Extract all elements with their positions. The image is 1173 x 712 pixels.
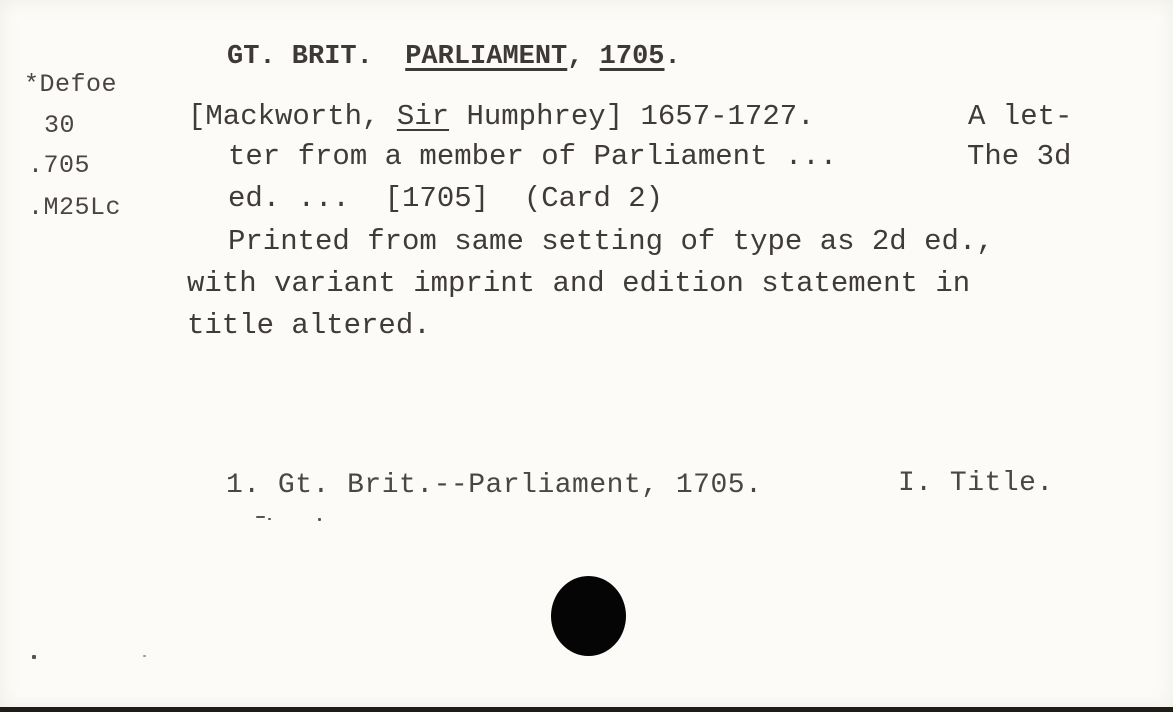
note-line-1: Printed from same setting of type as 2d … <box>228 225 994 258</box>
heading-parliament: PARLIAMENT <box>405 42 567 72</box>
heading-end: . <box>664 42 680 72</box>
note-line-3: title altered. <box>187 309 431 342</box>
entry-line-3: ed. ... [1705] (Card 2) <box>228 182 663 215</box>
card-bottom-edge <box>0 707 1173 712</box>
ink-speck <box>143 655 146 657</box>
author-name-dates: Humphrey] 1657-1727. <box>449 100 814 133</box>
entry-line-2: ter from a member of Parliament ... <box>228 140 837 173</box>
author-open: [Mackworth, <box>188 100 397 133</box>
subject-heading: GT. BRIT. PARLIAMENT, 1705. <box>227 42 681 72</box>
entry-line-1: [Mackworth, Sir Humphrey] 1657-1727. <box>188 100 815 133</box>
heading-year: 1705 <box>600 42 665 72</box>
heading-separator: , <box>567 42 583 72</box>
tracing-subject: 1. Gt. Brit.--Parliament, 1705. <box>226 470 762 501</box>
call-number-line-1: *Defoe <box>24 65 117 105</box>
card-punch-hole <box>551 576 626 656</box>
ink-speck <box>318 518 321 521</box>
call-number-line-4: .M25Lc <box>28 188 121 228</box>
ink-speck <box>268 518 271 520</box>
tracing-title: I. Title. <box>898 468 1054 499</box>
catalog-card: *Defoe 30 .705 .M25Lc GT. BRIT. PARLIAME… <box>0 0 1173 708</box>
ink-speck <box>32 655 36 659</box>
entry-line-1-right: A let- <box>968 100 1072 133</box>
entry-line-2-right: The 3d <box>967 140 1071 173</box>
author-title-sir: Sir <box>397 100 449 133</box>
call-number-line-2: 30 <box>44 106 75 146</box>
heading-prefix: GT. BRIT. <box>227 42 373 72</box>
call-number-line-3: .705 <box>28 146 90 186</box>
note-line-2: with variant imprint and edition stateme… <box>187 267 970 300</box>
ink-speck <box>256 516 265 518</box>
